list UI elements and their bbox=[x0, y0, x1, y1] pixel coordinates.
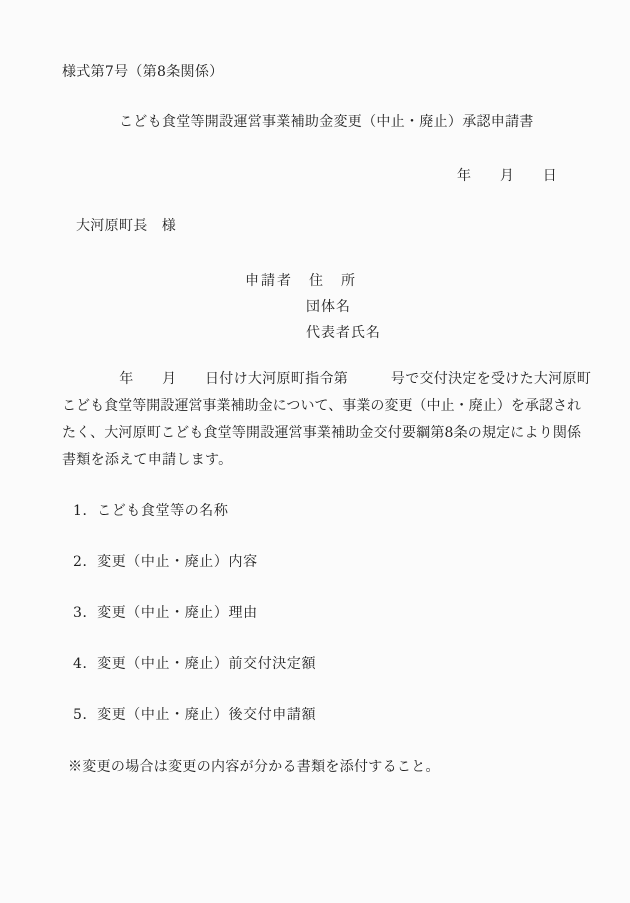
item-4-amount-before-change: 4．変更（中止・廃止）前交付決定額 bbox=[73, 657, 316, 671]
addressee-line: 大河原町長 様 bbox=[76, 219, 176, 233]
applicant-organization-row: 団体名 bbox=[306, 300, 351, 314]
application-form-page: 様式第7号（第8条関係） こども食堂等開設運営事業補助金変更（中止・廃止）承認申… bbox=[0, 0, 630, 903]
item-5-amount-after-change: 5．変更（中止・廃止）後交付申請額 bbox=[73, 708, 316, 722]
applicant-representative-row: 代表者氏名 bbox=[306, 326, 381, 340]
date-line: 年 月 日 bbox=[457, 169, 557, 183]
body-line-3: たく、大河原町こども食堂等開設運営事業補助金交付要綱第8条の規定により関係 bbox=[62, 420, 581, 447]
body-line-2: こども食堂等開設運営事業補助金について、事業の変更（中止・廃止）を承認され bbox=[62, 393, 581, 420]
document-title: こども食堂等開設運営事業補助金変更（中止・廃止）承認申請書 bbox=[119, 115, 534, 129]
item-3-change-reason: 3．変更（中止・廃止）理由 bbox=[73, 606, 258, 620]
item-1-cafeteria-name: 1．こども食堂等の名称 bbox=[73, 504, 229, 518]
applicant-address-row: 申請者 住 所 bbox=[245, 274, 357, 288]
item-2-change-content: 2．変更（中止・廃止）内容 bbox=[73, 555, 258, 569]
body-line-4: 書類を添えて申請します。 bbox=[62, 447, 581, 474]
body-paragraph: 年 月 日付け大河原町指令第 号で交付決定を受けた大河原町 こども食堂等開設運営… bbox=[62, 366, 581, 474]
body-line-1: 年 月 日付け大河原町指令第 号で交付決定を受けた大河原町 bbox=[62, 366, 581, 393]
attachment-note: ※変更の場合は変更の内容が分かる書類を添付すること。 bbox=[68, 760, 440, 774]
form-number: 様式第7号（第8条関係） bbox=[62, 65, 223, 79]
